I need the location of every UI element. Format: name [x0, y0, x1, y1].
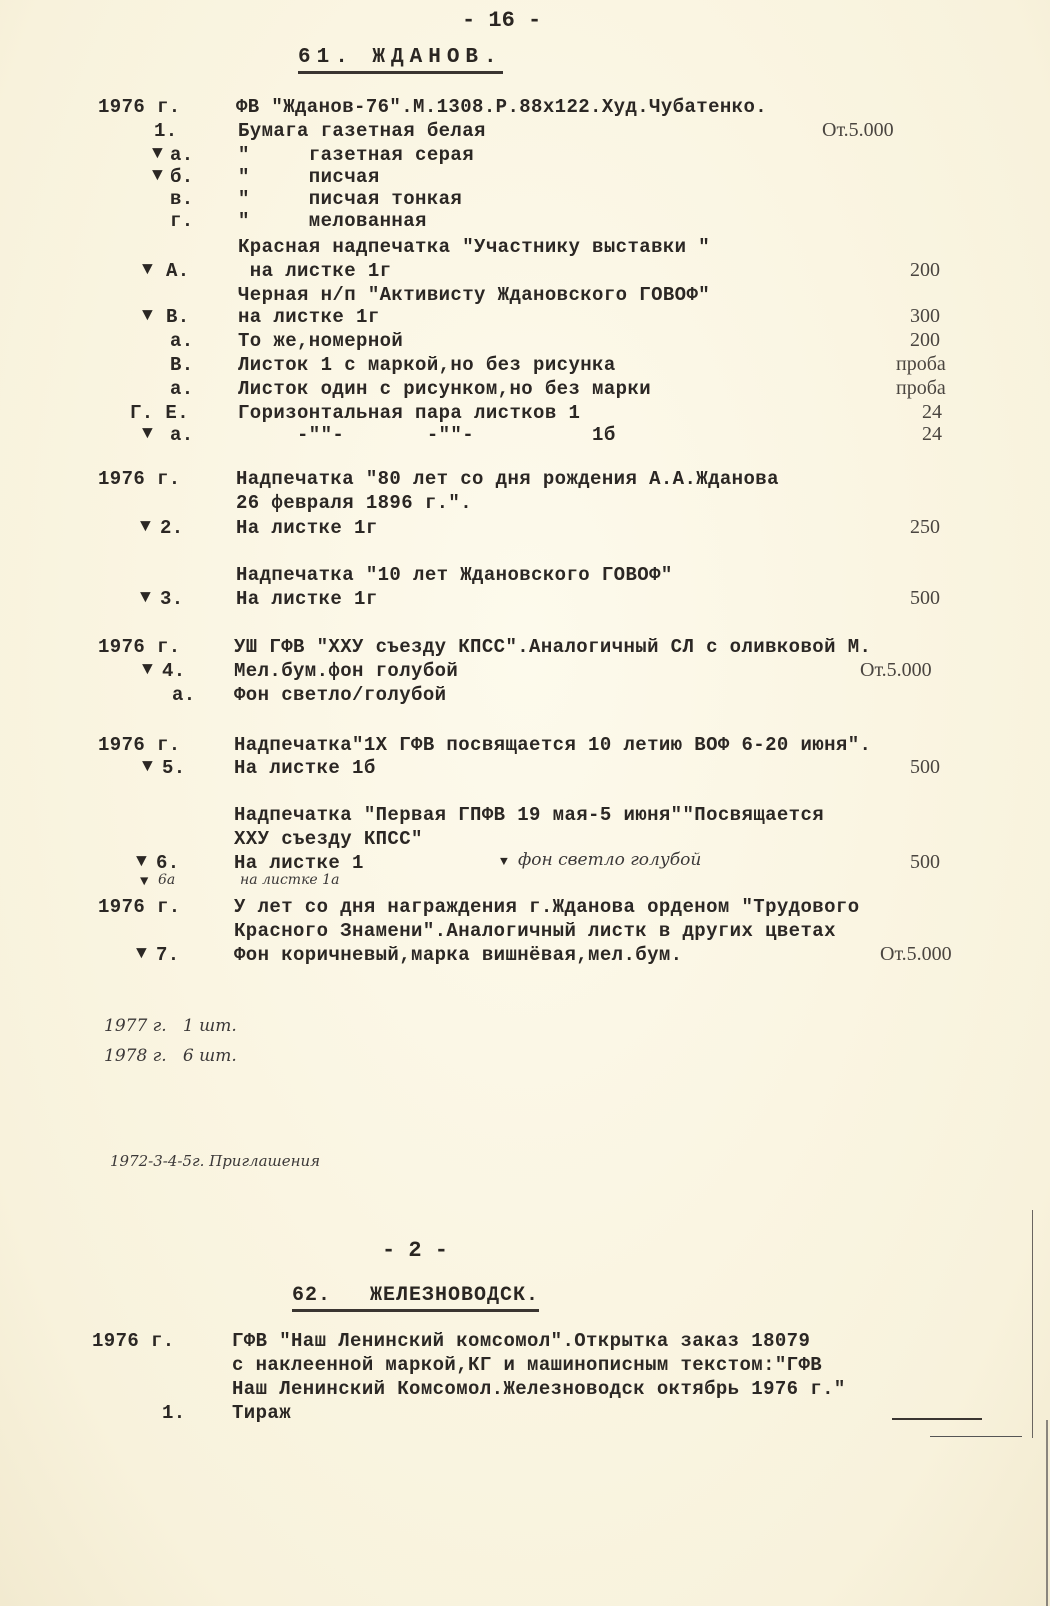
- checkmark-icon: ▼: [152, 166, 163, 186]
- item-label: а.: [170, 330, 194, 352]
- item-label: а.: [170, 144, 194, 166]
- checkmark-icon: ▼: [136, 852, 147, 872]
- entry-description: ФВ "Жданов-76".М.1308.Р.88х122.Худ.Чубат…: [236, 96, 767, 118]
- item-value: 500: [910, 756, 940, 779]
- item-label: а.: [172, 684, 196, 706]
- item-value: 24: [922, 423, 942, 446]
- entry-description: Красного Знамени".Аналогичный листк в др…: [234, 920, 836, 942]
- item-value: проба: [896, 353, 946, 376]
- page-edge: [1046, 1420, 1048, 1606]
- item-value: 250: [910, 516, 940, 539]
- checkmark-icon: ▼: [142, 424, 153, 444]
- item-value: От.5.000: [860, 659, 932, 682]
- item-text: Бумага газетная белая: [238, 120, 486, 142]
- checkmark-icon: ▼: [136, 944, 147, 964]
- item-value: 24: [922, 401, 942, 424]
- entry-description: Надпечатка "Первая ГПФВ 19 мая-5 июня""П…: [234, 804, 824, 826]
- checkmark-icon: ▼: [142, 306, 153, 326]
- item-value: От.5.000: [822, 119, 894, 142]
- entry-year: 1976 г.: [92, 1330, 175, 1352]
- item-value: 500: [910, 587, 940, 610]
- item-text: " писчая тонкая: [238, 188, 462, 210]
- entry-description: ХХУ съезду КПСС": [234, 828, 423, 850]
- entry-year: 1976 г.: [98, 636, 181, 658]
- entry-year: 1976 г.: [98, 468, 181, 490]
- crop-line: [930, 1436, 1022, 1437]
- item-label: а.: [170, 424, 194, 446]
- checkmark-icon: ▼: [140, 517, 151, 537]
- entry-description: УШ ГФВ "ХХУ съезду КПСС".Аналогичный СЛ …: [234, 636, 871, 658]
- item-label: 1.: [154, 120, 178, 142]
- entry-description: Надпечатка "80 лет со дня рождения А.А.Ж…: [236, 468, 779, 490]
- item-label: г.: [170, 210, 194, 232]
- item-text: Фон светло/голубой: [234, 684, 446, 706]
- item-text: на листке 1г: [238, 260, 391, 282]
- item-text: " газетная серая: [238, 144, 474, 166]
- item-text: На листке 1б: [234, 757, 376, 779]
- handwritten-note: 1978 г. 6 шт.: [104, 1046, 237, 1066]
- item-text: На листке 1: [234, 852, 364, 874]
- item-label: в.: [170, 188, 194, 210]
- checkmark-icon: ▼: [152, 144, 163, 164]
- item-label: б.: [170, 166, 194, 188]
- page-number: - 16 -: [462, 8, 541, 33]
- item-text: То же,номерной: [238, 330, 403, 352]
- underline-rule: [892, 1418, 982, 1420]
- entry-description: Наш Ленинский Комсомол.Железноводск октя…: [232, 1378, 846, 1400]
- item-label: 3.: [160, 588, 184, 610]
- item-text: " мелованная: [238, 210, 427, 232]
- entry-description: ГФВ "Наш Ленинский комсомол".Открытка за…: [232, 1330, 810, 1352]
- item-label: 5.: [162, 757, 186, 779]
- item-label: 2.: [160, 517, 184, 539]
- handwritten-note: на листке 1а: [240, 872, 339, 888]
- item-text: Листок 1 с маркой,но без рисунка: [238, 354, 616, 376]
- item-text: На листке 1г: [236, 517, 378, 539]
- item-text: На листке 1г: [236, 588, 378, 610]
- item-text: Мел.бум.фон голубой: [234, 660, 458, 682]
- item-value: 200: [910, 329, 940, 352]
- item-label: а.: [170, 378, 194, 400]
- scanned-document-page: - 16 - 61. ЖДАНОВ. 1976 г.ФВ "Жданов-76"…: [0, 0, 1050, 1606]
- item-text: " писчая: [238, 166, 380, 188]
- item-value: 500: [910, 851, 940, 874]
- item-text: Черная н/п "Активисту Ждановского ГОВОФ": [238, 284, 710, 306]
- section-heading-zheleznovodsk: 62. ЖЕЛЕЗНОВОДСК.: [292, 1284, 539, 1312]
- item-value: проба: [896, 377, 946, 400]
- handwritten-label: 6а: [158, 872, 175, 888]
- item-label: 4.: [162, 660, 186, 682]
- checkmark-icon: ▼: [142, 660, 153, 680]
- entry-year: 1976 г.: [98, 734, 181, 756]
- item-value: 300: [910, 305, 940, 328]
- handwritten-note: 1977 г. 1 шт.: [104, 1016, 237, 1036]
- crop-line: [1032, 1210, 1033, 1438]
- entry-year: 1976 г.: [98, 896, 181, 918]
- checkmark-icon: ▼: [500, 854, 508, 869]
- item-text: Тираж: [232, 1402, 291, 1424]
- item-text: Листок один с рисунком,но без марки: [238, 378, 651, 400]
- item-text: Фон коричневый,марка вишнёвая,мел.бум.: [234, 944, 682, 966]
- checkmark-icon: ▼: [140, 874, 148, 890]
- item-label: 1.: [162, 1402, 186, 1424]
- entry-year: 1976 г.: [98, 96, 181, 118]
- item-value: От.5.000: [880, 943, 952, 966]
- handwritten-note: 1972-3-4-5г. Приглашения: [110, 1152, 320, 1170]
- checkmark-icon: ▼: [142, 757, 153, 777]
- item-text: -""- -""- 1б: [238, 424, 616, 446]
- entry-description: У лет со дня награждения г.Жданова орден…: [234, 896, 860, 918]
- section-heading-zhdanov: 61. ЖДАНОВ.: [298, 46, 503, 74]
- entry-description: Надпечатка"1Х ГФВ посвящается 10 летию В…: [234, 734, 871, 756]
- entry-description: с наклеенной маркой,КГ и машинописным те…: [232, 1354, 822, 1376]
- checkmark-icon: ▼: [142, 260, 153, 280]
- item-label: 6.: [156, 852, 180, 874]
- page-number: - 2 -: [382, 1238, 448, 1263]
- checkmark-icon: ▼: [140, 588, 151, 608]
- item-text: на листке 1г: [238, 306, 380, 328]
- handwritten-note: фон светло голубой: [518, 850, 701, 870]
- item-label: В.: [166, 306, 190, 328]
- item-label: Г. Е.: [130, 402, 189, 424]
- item-label: 7.: [156, 944, 180, 966]
- item-value: 200: [910, 259, 940, 282]
- entry-description: Надпечатка "10 лет Ждановского ГОВОФ": [236, 564, 673, 586]
- item-text: Горизонтальная пара листков 1: [238, 402, 580, 424]
- item-label: В.: [170, 354, 194, 376]
- item-text: Красная надпечатка "Участнику выставки ": [238, 236, 710, 258]
- entry-description: 26 февраля 1896 г.".: [236, 492, 472, 514]
- item-label: А.: [166, 260, 190, 282]
